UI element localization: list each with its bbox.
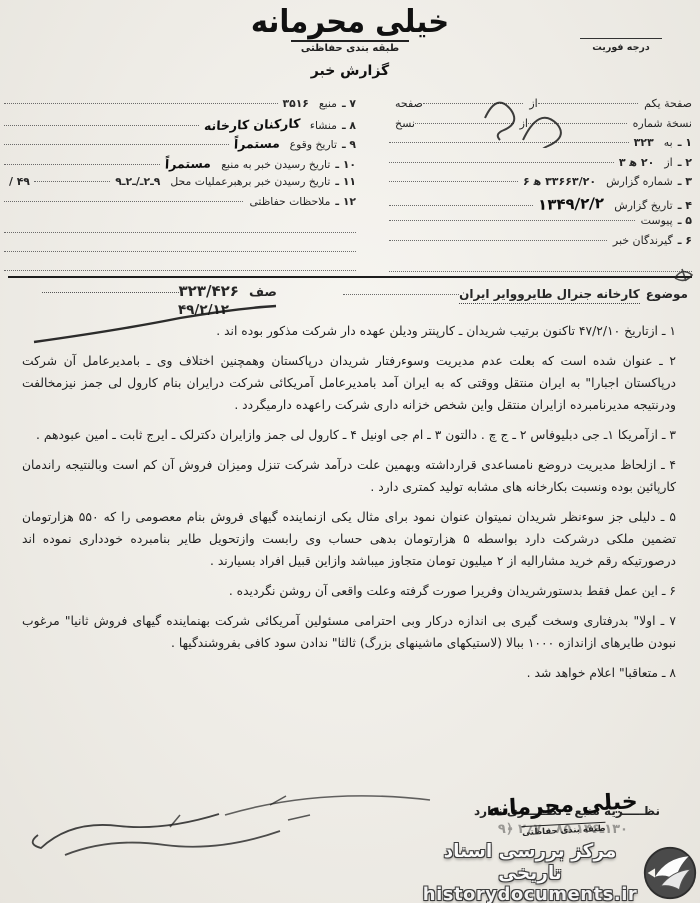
urgency-overline bbox=[580, 38, 662, 39]
dotted-leader bbox=[389, 240, 607, 241]
watermark-url: historydocuments.ir bbox=[422, 885, 638, 903]
footer-stamp-text: خیلی محرمانه bbox=[477, 789, 648, 823]
scanned-document-page: خیلی محرمانه طبقه بندی حفاظتی گزارش خبر … bbox=[0, 0, 700, 903]
paragraph-1: ۱ ـ ازتاریخ ۴۷/۲/۱۰ تاکنون برتیب شریدان … bbox=[22, 320, 676, 342]
form-row-news-reached-ops: ۱۱ ـ تاریخ رسیدن خبر برهبرعملیات محل ۹ـ۲… bbox=[4, 175, 356, 195]
row-number: ۱۱ ـ bbox=[335, 175, 356, 188]
form-row-security-notes: ۱۲ ـ ملاحظات حفاظتی bbox=[4, 195, 356, 215]
row-number: ۹ ـ bbox=[342, 138, 356, 151]
paragraph-6: ۶ ـ این عمل فقط بدستورشریدان وفریرا صورت… bbox=[22, 580, 676, 602]
dotted-leader bbox=[389, 220, 635, 221]
dotted-leader bbox=[389, 162, 614, 163]
paragraph-5: ۵ ـ دلیلی جز سوءنظر شریدان نمیتوان عنوان… bbox=[22, 506, 676, 572]
handwritten-scribble bbox=[455, 88, 580, 148]
handwritten-date: ۱۳۴۹/۲/۲ bbox=[538, 194, 605, 214]
archive-watermark: مرکز بررسی اسناد تاریخی historydocuments… bbox=[422, 844, 698, 902]
form-row-report-date: ۴ ـ تاریخ گزارش ۱۳۴۹/۲/۲ bbox=[389, 195, 692, 215]
row-label: به bbox=[664, 136, 673, 149]
paragraph-8: ۸ ـ متعاقبا" اعلام خواهد شد . bbox=[22, 662, 676, 684]
row-value: ۳۲۳ bbox=[634, 136, 654, 149]
paragraph-2: ۲ ـ عنوان شده است که بعلت عدم مدیریت وسو… bbox=[22, 350, 676, 416]
dotted-leader bbox=[343, 294, 459, 295]
form-row-from: ۲ ـ از ۲۰ ﻫ ۳ bbox=[389, 156, 692, 176]
form-row-news-reached-source: ۱۰ ـ تاریخ رسیدن خبر به منبع مستمراً bbox=[4, 156, 356, 176]
form-row-report-number: ۳ ـ شماره گزارش ۳۳۶۶۳/۲۰ ﻫ ۶ bbox=[389, 175, 692, 195]
row-number: ۳ ـ bbox=[678, 175, 692, 188]
dotted-leader bbox=[4, 164, 160, 165]
row-value: ۳۳۶۶۳/۲۰ ﻫ ۶ bbox=[523, 175, 596, 188]
row-label: ملاحظات حفاظتی bbox=[249, 195, 330, 208]
subject-value: کارخانه جنرال طایرووایر ایران bbox=[459, 287, 640, 304]
paragraph-4: ۴ ـ ازلحاظ مدیریت دروضع نامساعدی قرارداش… bbox=[22, 454, 676, 498]
row-label: تاریخ گزارش bbox=[614, 199, 673, 212]
form-row-source: ۷ ـ منبع ۳۵۱۶ bbox=[4, 97, 356, 117]
row-number: ۴ ـ bbox=[678, 199, 692, 212]
dotted-leader bbox=[389, 181, 518, 182]
form-row-attachment: ۵ ـ پیوست bbox=[389, 214, 692, 234]
dotted-leader bbox=[34, 181, 110, 182]
dotted-leader bbox=[4, 103, 278, 104]
row-number: ۷ ـ bbox=[342, 97, 356, 110]
row-number: ۱۰ ـ bbox=[335, 158, 356, 171]
dotted-leader bbox=[4, 201, 243, 202]
row-value: ۹ـ۲ـ/ـ۲ـ۹ bbox=[115, 175, 160, 188]
row-tail-value: ۴۹ / bbox=[9, 175, 30, 188]
urgency-label: درجه فوریت bbox=[580, 42, 662, 53]
handwritten-value: مستمراً bbox=[233, 135, 280, 151]
row-label: گیرندگان خبر bbox=[613, 234, 673, 247]
row-label: تاریخ وقوع bbox=[290, 138, 337, 151]
form-row-origin: ۸ ـ منشاء کارکنان کارخانه bbox=[4, 117, 356, 137]
row-label: شماره گزارش bbox=[606, 175, 673, 188]
row-number: ۱ ـ bbox=[678, 136, 692, 149]
dotted-leader bbox=[389, 205, 533, 206]
handwritten-value: مستمراً bbox=[165, 155, 212, 171]
report-title: گزارش خبر bbox=[0, 63, 700, 79]
header-divider bbox=[291, 40, 409, 42]
classification-stamp: خیلی محرمانه bbox=[0, 3, 700, 40]
dotted-leader bbox=[4, 125, 199, 126]
blank-dotted-line bbox=[4, 252, 356, 271]
copy-label: نسخة شماره bbox=[633, 117, 692, 130]
handwritten-value: کارکنان کارخانه bbox=[203, 115, 300, 133]
watermark-text: مرکز بررسی اسناد تاریخی historydocuments… bbox=[422, 841, 638, 903]
pages-label: صفحه bbox=[395, 97, 423, 110]
section-divider-rule bbox=[8, 276, 692, 278]
row-value: ۳۵۱۶ bbox=[283, 97, 309, 110]
row-label: منشاء bbox=[310, 119, 337, 132]
form-column-left: ۷ ـ منبع ۳۵۱۶ ۸ ـ منشاء کارکنان کارخانه … bbox=[4, 97, 356, 271]
form-row-occurrence-date: ۹ ـ تاریخ وقوع مستمراً bbox=[4, 136, 356, 156]
dotted-leader bbox=[4, 144, 229, 145]
row-number: ۶ ـ bbox=[678, 234, 692, 247]
form-row-recipients: ۶ ـ گیرندگان خبر bbox=[389, 234, 692, 254]
subject-line: موضوع کارخانه جنرال طایرووایر ایران bbox=[343, 287, 688, 304]
book-logo-icon bbox=[642, 845, 698, 901]
row-label: از bbox=[664, 156, 672, 169]
dotted-leader bbox=[42, 292, 179, 293]
row-label: پیوست bbox=[641, 214, 673, 227]
footer-classification-stamp: خیلی محرمانه طبقه بندی حفاظتی bbox=[477, 789, 649, 842]
row-value: ۲۰ ﻫ ۳ bbox=[619, 156, 654, 169]
urgency-field: درجه فوریت bbox=[580, 38, 662, 53]
paragraph-3: ۳ ـ ازآمریکا ۱ـ جی دبلیوفاس ۲ ـ ج چ . دا… bbox=[22, 424, 676, 446]
row-number: ۸ ـ bbox=[342, 119, 356, 132]
row-number: ۱۲ ـ bbox=[335, 195, 356, 208]
blank-dotted-line bbox=[4, 214, 356, 233]
row-number: ۵ ـ bbox=[678, 214, 692, 227]
handwritten-signature-scribble bbox=[20, 775, 440, 875]
pen-mark bbox=[672, 265, 696, 285]
page-label: صفحة یکم bbox=[644, 97, 692, 110]
row-label: منبع bbox=[319, 97, 337, 110]
row-label: تاریخ رسیدن خبر برهبرعملیات محل bbox=[170, 175, 330, 188]
blank-dotted-line bbox=[4, 233, 356, 252]
copies-label: نسخ bbox=[395, 117, 415, 130]
report-body: ۱ ـ ازتاریخ ۴۷/۲/۱۰ تاکنون برتیب شریدان … bbox=[22, 320, 676, 692]
blank-dotted-line bbox=[389, 253, 692, 272]
row-number: ۲ ـ bbox=[678, 156, 692, 169]
paragraph-7: ۷ ـ اولا" بدرفتاری وسخت گیری بی اندازه د… bbox=[22, 610, 676, 654]
watermark-title: مرکز بررسی اسناد تاریخی bbox=[422, 841, 638, 885]
row-label: تاریخ رسیدن خبر به منبع bbox=[221, 158, 330, 171]
subject-label: موضوع bbox=[646, 287, 688, 301]
